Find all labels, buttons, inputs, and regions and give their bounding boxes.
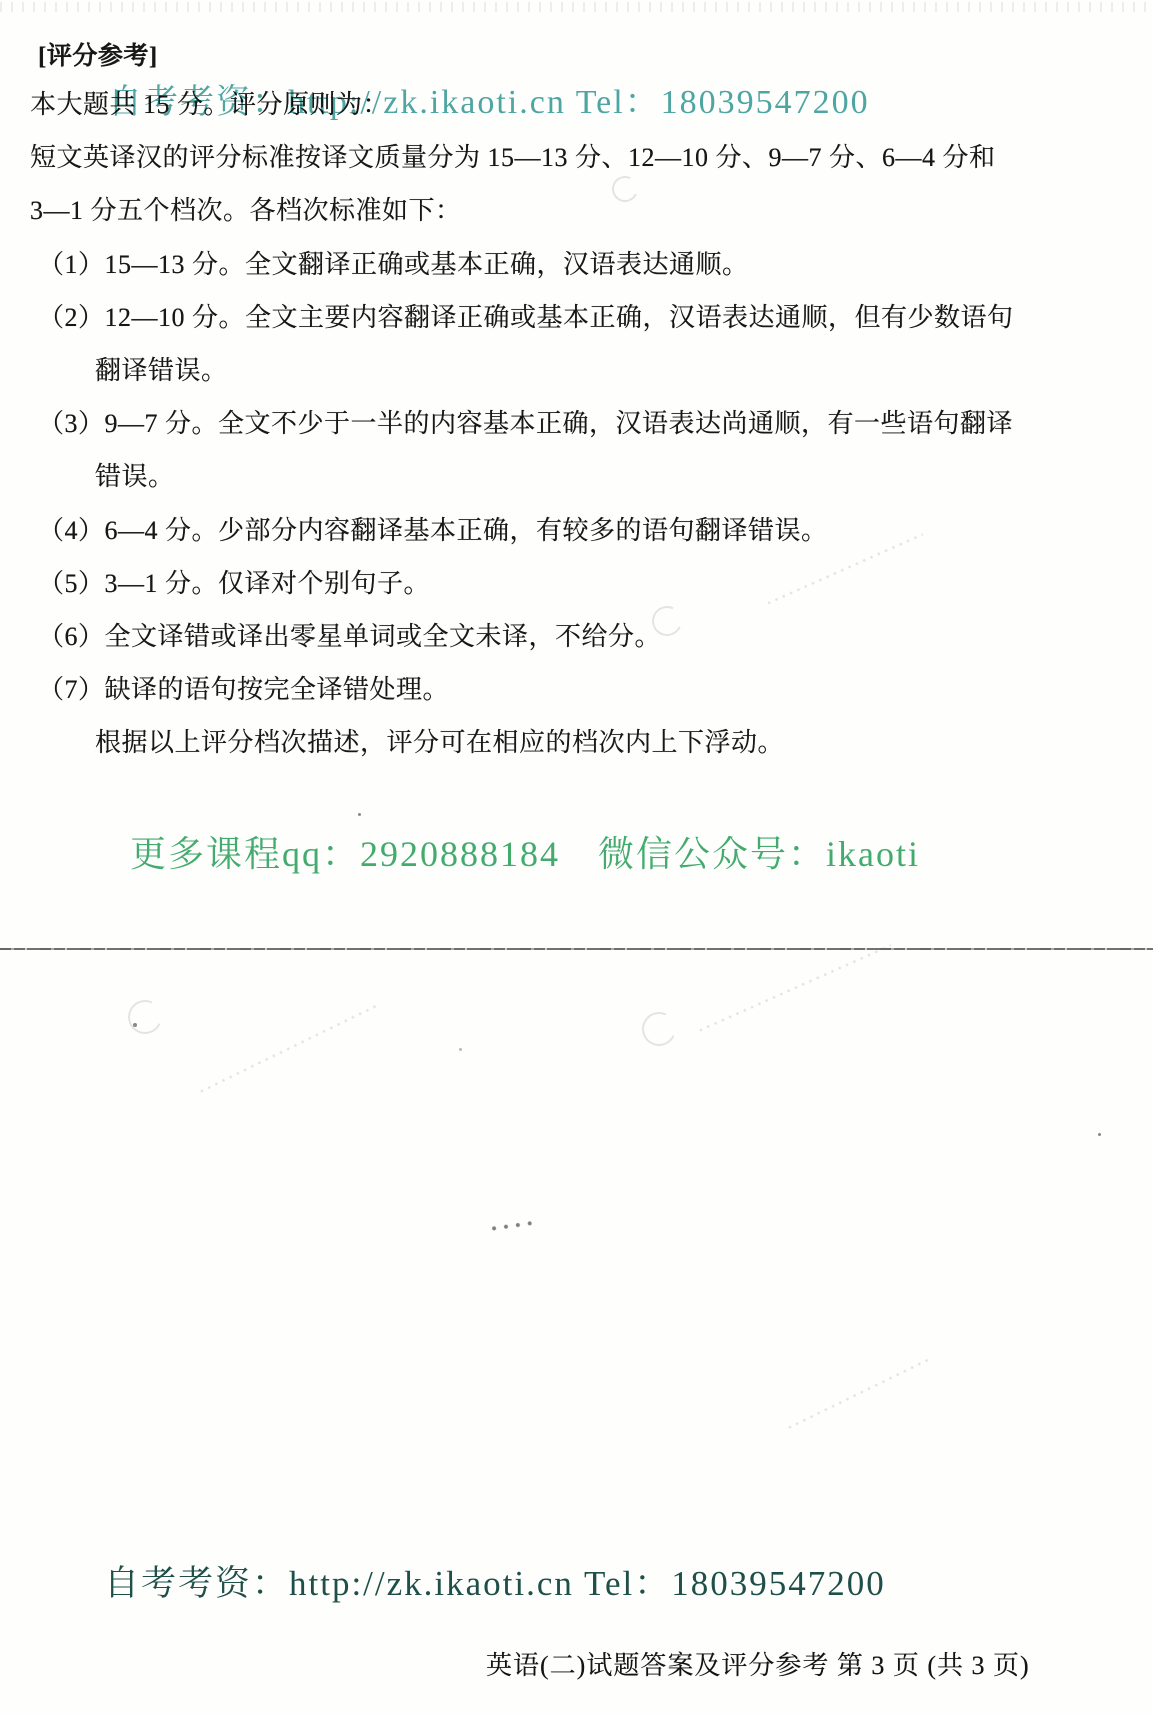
scan-ghost-streak: [199, 1001, 381, 1094]
scan-speck: [358, 813, 361, 816]
scan-ghost-streak: [698, 943, 892, 1034]
scan-ghost-arc: [123, 995, 167, 1039]
scan-smudge: [490, 1219, 533, 1234]
text-line: （3）9—7 分。全文不少于一半的内容基本正确，汉语表达尚通顺，有一些语句翻译: [38, 403, 1013, 440]
scan-speck: [459, 1048, 462, 1051]
scan-speck: [133, 1023, 137, 1027]
promo-contact-line: 更多课程qq：2920888184 微信公众号：ikaoti: [130, 826, 920, 877]
page-footer-text: 英语(二)试题答案及评分参考 第 3 页 (共 3 页): [486, 1645, 1030, 1682]
scan-ghost-streak: [787, 1355, 933, 1431]
horizontal-divider: [0, 948, 1153, 950]
watermark-bottom-banner: 自考考资：http://zk.ikaoti.cn Tel：18039547200: [104, 1556, 886, 1606]
text-line: （5）3—1 分。仅译对个别句子。: [38, 563, 430, 600]
text-line: 错误。: [95, 456, 175, 493]
scan-ghost-arc: [608, 172, 641, 205]
text-line: 3—1 分五个档次。各档次标准如下：: [30, 190, 462, 227]
scan-ghost-arc: [637, 1007, 681, 1051]
text-line: [评分参考]: [38, 36, 158, 72]
scan-speck: [1098, 1133, 1101, 1136]
watermark-top-banner: 自考考资：http://zk.ikaoti.cn Tel：18039547200: [108, 74, 870, 123]
text-line: 翻译错误。: [95, 350, 228, 387]
text-line: （4）6—4 分。少部分内容翻译基本正确，有较多的语句翻译错误。: [38, 510, 828, 547]
text-line: （7）缺译的语句按完全译错处理。: [38, 669, 449, 706]
text-line: 根据以上评分档次描述，评分可在相应的档次内上下浮动。: [95, 722, 784, 759]
text-line: 短文英译汉的评分标准按译文质量分为 15—13 分、12—10 分、9—7 分、…: [30, 137, 996, 174]
scan-noise-strip: [0, 2, 1153, 12]
text-line: （6）全文译错或译出零星单词或全文未译，不给分。: [38, 616, 661, 653]
scanned-document-page: [评分参考]本大题共 15 分。评分原则为：短文英译汉的评分标准按译文质量分为 …: [0, 0, 1153, 1714]
text-line: （2）12—10 分。全文主要内容翻译正确或基本正确，汉语表达通顺，但有少数语句: [38, 297, 1014, 334]
text-line: （1）15—13 分。全文翻译正确或基本正确，汉语表达通顺。: [38, 244, 749, 281]
